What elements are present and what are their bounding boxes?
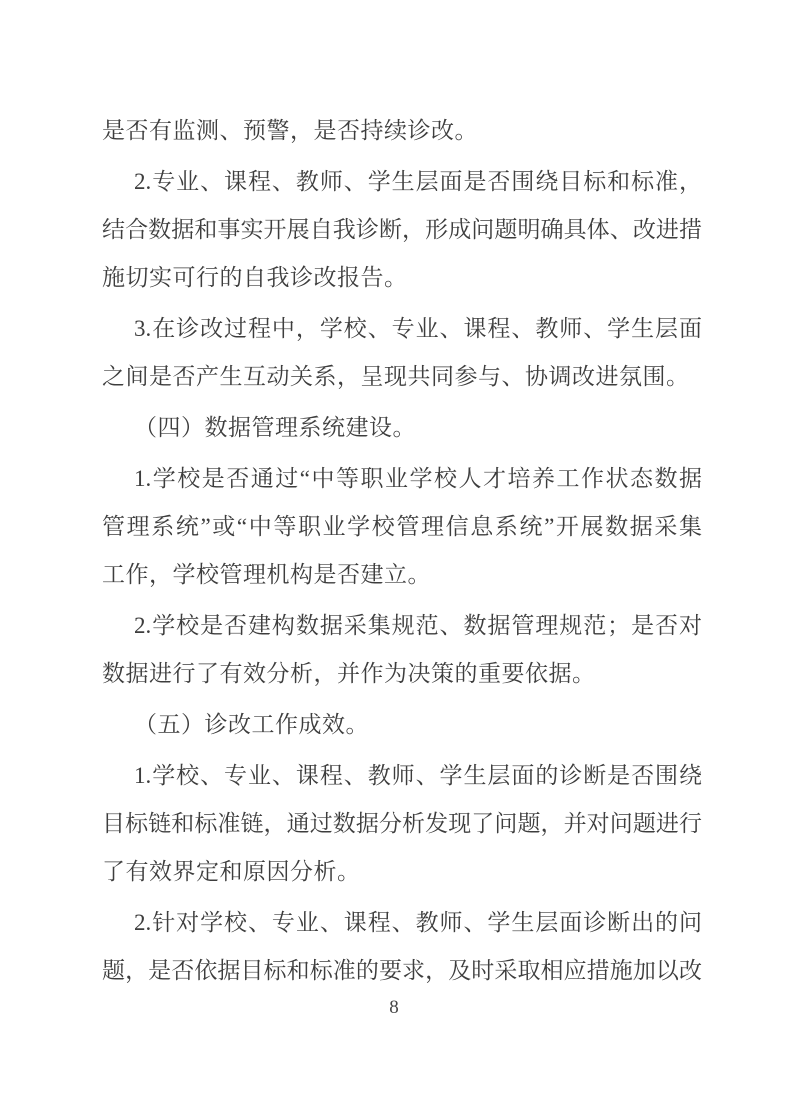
text-line: 施切实可行的自我诊改报告。 [102,254,702,302]
text-line: 是否有监测、预警，是否持续诊改。 [102,107,702,155]
text-line: 数据进行了有效分析，并作为决策的重要依据。 [102,650,702,698]
text-line: 1.学校、专业、课程、教师、学生层面的诊断是否围绕 [102,752,702,800]
text-line: 1.学校是否通过“中等职业学校人才培养工作状态数据 [102,455,702,503]
section-heading: （五）诊改工作成效。 [102,701,702,749]
document-page: 是否有监测、预警，是否持续诊改。 2.专业、课程、教师、学生层面是否围绕目标和标… [0,0,788,1113]
page-number: 8 [389,995,399,1021]
text-line: 2.针对学校、专业、课程、教师、学生层面诊断出的问 [102,899,702,947]
text-line: 了有效界定和原因分析。 [102,848,702,896]
section-heading: （四）数据管理系统建设。 [102,404,702,452]
text-line: 结合数据和事实开展自我诊断，形成问题明确具体、改进措 [102,206,702,254]
document-body: 是否有监测、预警，是否持续诊改。 2.专业、课程、教师、学生层面是否围绕目标和标… [102,107,702,995]
text-line: 管理系统”或“中等职业学校管理信息系统”开展数据采集 [102,503,702,551]
text-line: 目标链和标准链，通过数据分析发现了问题，并对问题进行 [102,800,702,848]
text-line: 2.学校是否建构数据采集规范、数据管理规范；是否对 [102,602,702,650]
text-line: 之间是否产生互动关系，呈现共同参与、协调改进氛围。 [102,353,702,401]
text-line: 2.专业、课程、教师、学生层面是否围绕目标和标准， [102,158,702,206]
text-line: 3.在诊改过程中，学校、专业、课程、教师、学生层面 [102,305,702,353]
text-line: 工作，学校管理机构是否建立。 [102,551,702,599]
page-footer: 8 [0,995,788,1021]
text-line: 题，是否依据目标和标准的要求，及时采取相应措施加以改 [102,947,702,995]
